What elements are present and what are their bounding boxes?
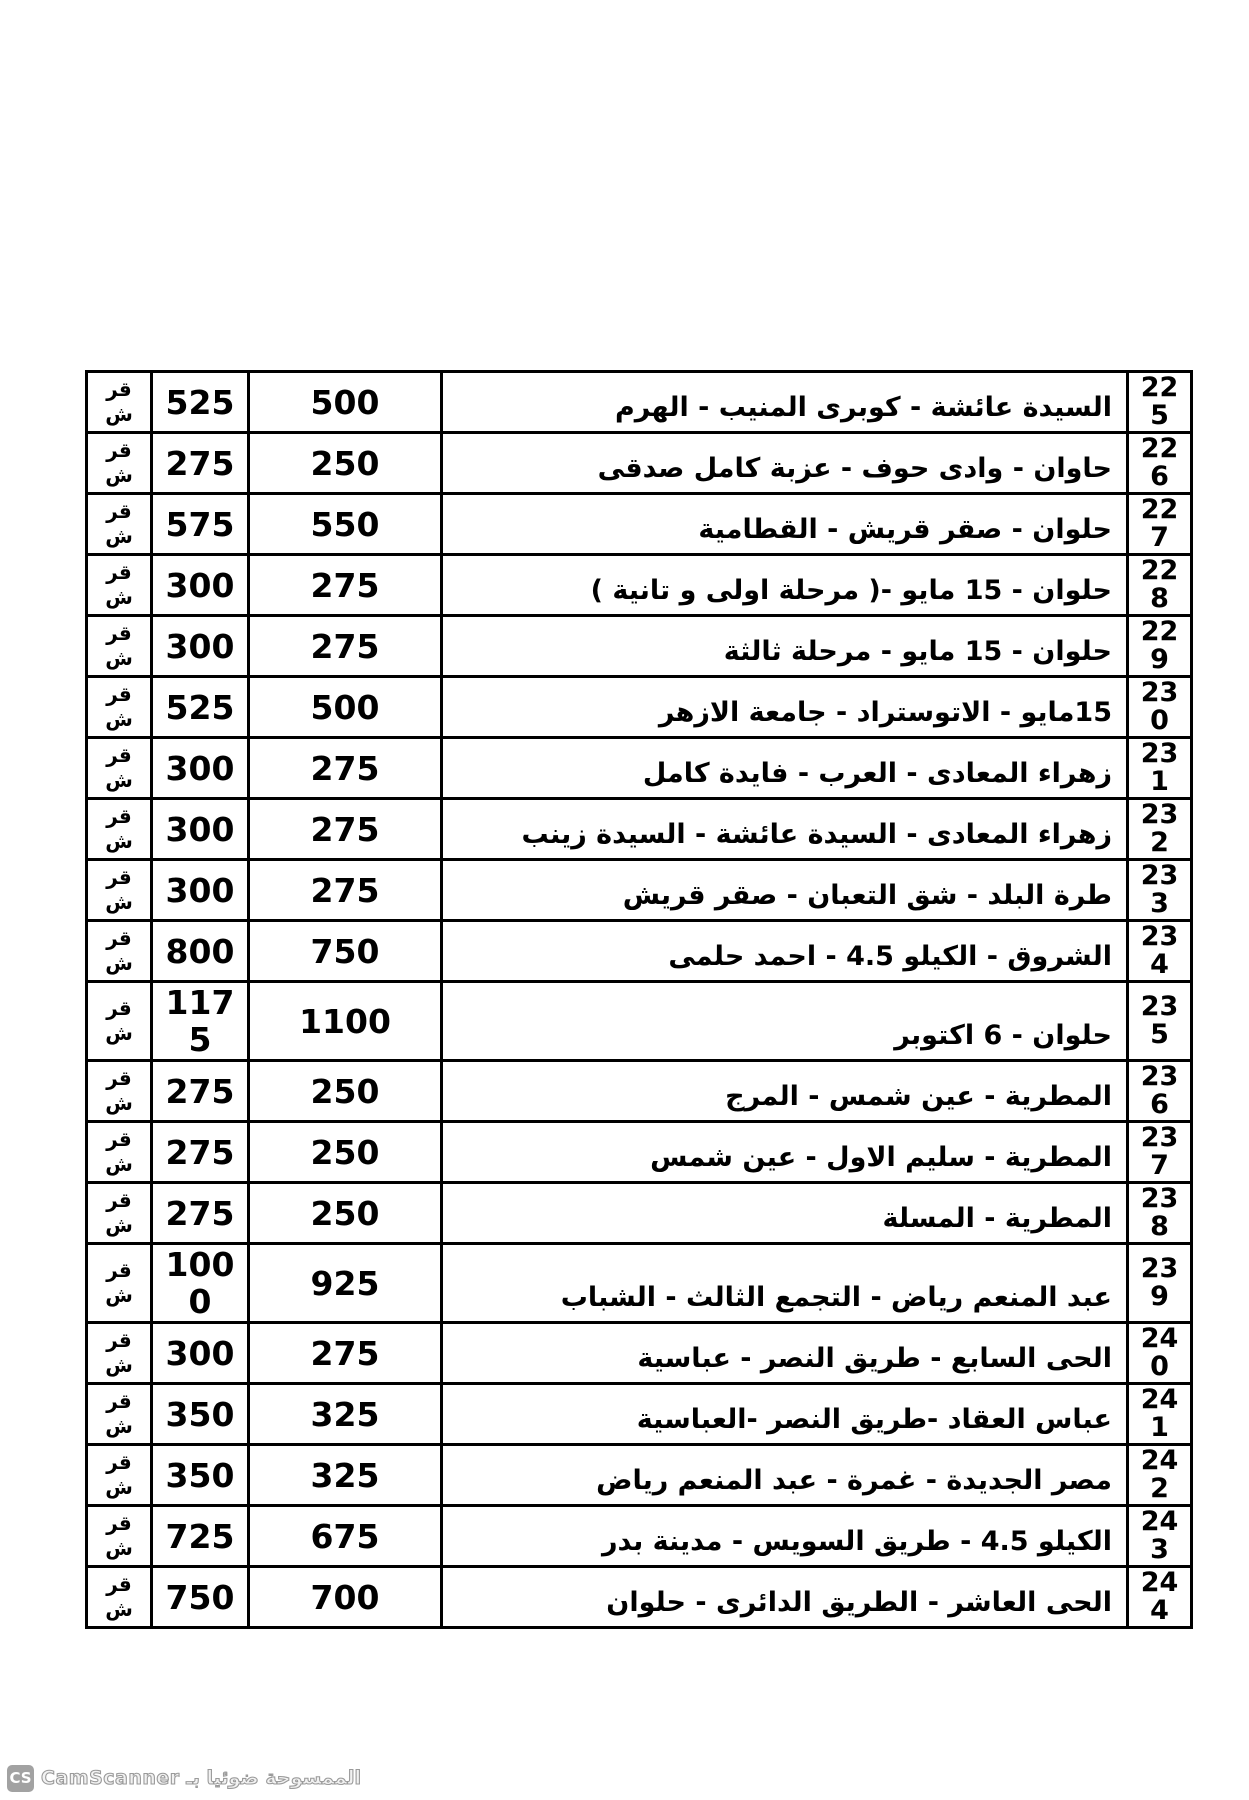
row-number-cell: 22 6 — [1128, 433, 1192, 494]
fare-table-row: 23 2 زهراء المعادى - السيدة عائشة - السي… — [87, 799, 1192, 860]
fare-table-row: 23 0 15مايو - الاتوستراد - جامعة الازهر … — [87, 677, 1192, 738]
row-number-cell: 23 1 — [1128, 738, 1192, 799]
fare-old-cell: 925 — [249, 1244, 442, 1323]
unit-cell: قر ش — [87, 1323, 152, 1384]
fare-new-cell: 350 — [152, 1445, 249, 1506]
route-cell: الكيلو 4.5 - طريق السويس - مدينة بدر — [442, 1506, 1128, 1567]
route-cell: حاوان - وادى حوف - عزبة كامل صدقى — [442, 433, 1128, 494]
unit-cell: قر ش — [87, 555, 152, 616]
unit-cell: قر ش — [87, 677, 152, 738]
row-number-cell: 22 7 — [1128, 494, 1192, 555]
row-number-cell: 24 1 — [1128, 1384, 1192, 1445]
fare-new-cell: 300 — [152, 860, 249, 921]
fare-old-cell: 275 — [249, 799, 442, 860]
fare-old-cell: 250 — [249, 1183, 442, 1244]
route-cell: المطرية - عين شمس - المرج — [442, 1061, 1128, 1122]
unit-cell: قر ش — [87, 1567, 152, 1628]
fare-new-cell: 300 — [152, 799, 249, 860]
row-number-cell: 23 2 — [1128, 799, 1192, 860]
unit-cell: قر ش — [87, 1384, 152, 1445]
fare-table-row: 23 3 طرة البلد - شق التعبان - صقر قريش 2… — [87, 860, 1192, 921]
fare-table-row: 23 1 زهراء المعادى - العرب - فايدة كامل … — [87, 738, 1192, 799]
fare-new-cell: 300 — [152, 616, 249, 677]
route-cell: عباس العقاد -طريق النصر -العباسية — [442, 1384, 1128, 1445]
fare-table-row: 22 5 السيدة عائشة - كوبرى المنيب - الهرم… — [87, 372, 1192, 433]
unit-cell: قر ش — [87, 860, 152, 921]
unit-cell: قر ش — [87, 799, 152, 860]
row-number-cell: 22 8 — [1128, 555, 1192, 616]
fare-new-cell: 275 — [152, 1122, 249, 1183]
fare-old-cell: 275 — [249, 860, 442, 921]
fare-old-cell: 325 — [249, 1384, 442, 1445]
fare-new-cell: 575 — [152, 494, 249, 555]
fare-old-cell: 275 — [249, 1323, 442, 1384]
unit-cell: قر ش — [87, 921, 152, 982]
row-number-cell: 23 0 — [1128, 677, 1192, 738]
route-cell: الحى السابع - طريق النصر - عباسية — [442, 1323, 1128, 1384]
route-cell: حلوان - 15 مايو -( مرحلة اولى و تانية ) — [442, 555, 1128, 616]
fare-old-cell: 250 — [249, 1061, 442, 1122]
document-page: 22 5 السيدة عائشة - كوبرى المنيب - الهرم… — [0, 0, 1249, 1800]
camscanner-logo-icon: CS — [7, 1765, 34, 1792]
fare-table-row: 23 6 المطرية - عين شمس - المرج 250 275 ق… — [87, 1061, 1192, 1122]
fare-table-row: 23 8 المطرية - المسلة 250 275 قر ش — [87, 1183, 1192, 1244]
fare-old-cell: 275 — [249, 738, 442, 799]
fare-new-cell: 725 — [152, 1506, 249, 1567]
route-cell: 15مايو - الاتوستراد - جامعة الازهر — [442, 677, 1128, 738]
fare-new-cell: 525 — [152, 677, 249, 738]
unit-cell: قر ش — [87, 1244, 152, 1323]
fare-old-cell: 550 — [249, 494, 442, 555]
row-number-cell: 24 3 — [1128, 1506, 1192, 1567]
row-number-cell: 23 7 — [1128, 1122, 1192, 1183]
row-number-cell: 23 5 — [1128, 982, 1192, 1061]
fare-table-row: 24 1 عباس العقاد -طريق النصر -العباسية 3… — [87, 1384, 1192, 1445]
unit-cell: قر ش — [87, 738, 152, 799]
unit-cell: قر ش — [87, 1506, 152, 1567]
fare-old-cell: 250 — [249, 433, 442, 494]
fare-table-row: 22 6 حاوان - وادى حوف - عزبة كامل صدقى 2… — [87, 433, 1192, 494]
unit-cell: قر ش — [87, 1183, 152, 1244]
unit-cell: قر ش — [87, 1445, 152, 1506]
fare-old-cell: 325 — [249, 1445, 442, 1506]
route-cell: المطرية - سليم الاول - عين شمس — [442, 1122, 1128, 1183]
fare-new-cell: 100 0 — [152, 1244, 249, 1323]
camscanner-watermark-text: الممسوحة ضوئيا بـ CamScanner — [41, 1767, 361, 1789]
row-number-cell: 23 8 — [1128, 1183, 1192, 1244]
route-cell: الشروق - الكيلو 4.5 - احمد حلمى — [442, 921, 1128, 982]
route-cell: مصر الجديدة - غمرة - عبد المنعم رياض — [442, 1445, 1128, 1506]
unit-cell: قر ش — [87, 372, 152, 433]
fare-table-row: 23 4 الشروق - الكيلو 4.5 - احمد حلمى 750… — [87, 921, 1192, 982]
fare-new-cell: 275 — [152, 1183, 249, 1244]
fare-old-cell: 500 — [249, 677, 442, 738]
fare-table-row: 24 3 الكيلو 4.5 - طريق السويس - مدينة بد… — [87, 1506, 1192, 1567]
row-number-cell: 22 9 — [1128, 616, 1192, 677]
fare-table-body: 22 5 السيدة عائشة - كوبرى المنيب - الهرم… — [87, 372, 1192, 1628]
route-cell: حلوان - 15 مايو - مرحلة ثالثة — [442, 616, 1128, 677]
fare-new-cell: 350 — [152, 1384, 249, 1445]
fare-old-cell: 500 — [249, 372, 442, 433]
fare-old-cell: 250 — [249, 1122, 442, 1183]
fare-table-row: 22 7 حلوان - صقر قريش - القطامية 550 575… — [87, 494, 1192, 555]
unit-cell: قر ش — [87, 1061, 152, 1122]
route-cell: المطرية - المسلة — [442, 1183, 1128, 1244]
camscanner-footer: CS الممسوحة ضوئيا بـ CamScanner — [7, 1763, 361, 1793]
fare-table-row: 24 4 الحى العاشر - الطريق الدائرى - حلوا… — [87, 1567, 1192, 1628]
fare-new-cell: 300 — [152, 555, 249, 616]
row-number-cell: 24 0 — [1128, 1323, 1192, 1384]
route-cell: زهراء المعادى - العرب - فايدة كامل — [442, 738, 1128, 799]
fare-new-cell: 800 — [152, 921, 249, 982]
unit-cell: قر ش — [87, 982, 152, 1061]
fare-new-cell: 275 — [152, 433, 249, 494]
fare-old-cell: 750 — [249, 921, 442, 982]
row-number-cell: 23 3 — [1128, 860, 1192, 921]
fare-new-cell: 300 — [152, 1323, 249, 1384]
row-number-cell: 22 5 — [1128, 372, 1192, 433]
fare-table-row: 24 2 مصر الجديدة - غمرة - عبد المنعم ريا… — [87, 1445, 1192, 1506]
fare-table-row: 22 9 حلوان - 15 مايو - مرحلة ثالثة 275 3… — [87, 616, 1192, 677]
route-cell: حلوان - صقر قريش - القطامية — [442, 494, 1128, 555]
route-cell: حلوان - 6 اكتوبر — [442, 982, 1128, 1061]
fare-new-cell: 117 5 — [152, 982, 249, 1061]
route-cell: عبد المنعم رياض - التجمع الثالث - الشباب — [442, 1244, 1128, 1323]
route-cell: السيدة عائشة - كوبرى المنيب - الهرم — [442, 372, 1128, 433]
fare-new-cell: 275 — [152, 1061, 249, 1122]
row-number-cell: 24 4 — [1128, 1567, 1192, 1628]
row-number-cell: 23 6 — [1128, 1061, 1192, 1122]
unit-cell: قر ش — [87, 1122, 152, 1183]
unit-cell: قر ش — [87, 433, 152, 494]
route-cell: زهراء المعادى - السيدة عائشة - السيدة زي… — [442, 799, 1128, 860]
fare-table-row: 22 8 حلوان - 15 مايو -( مرحلة اولى و تان… — [87, 555, 1192, 616]
fare-table-row: 23 5 حلوان - 6 اكتوبر 1100 117 5 قر ش — [87, 982, 1192, 1061]
fare-table: 22 5 السيدة عائشة - كوبرى المنيب - الهرم… — [85, 370, 1193, 1629]
route-cell: طرة البلد - شق التعبان - صقر قريش — [442, 860, 1128, 921]
row-number-cell: 23 4 — [1128, 921, 1192, 982]
fare-new-cell: 750 — [152, 1567, 249, 1628]
fare-new-cell: 525 — [152, 372, 249, 433]
fare-new-cell: 300 — [152, 738, 249, 799]
fare-table-row: 23 9 عبد المنعم رياض - التجمع الثالث - ا… — [87, 1244, 1192, 1323]
fare-old-cell: 275 — [249, 555, 442, 616]
fare-old-cell: 1100 — [249, 982, 442, 1061]
route-cell: الحى العاشر - الطريق الدائرى - حلوان — [442, 1567, 1128, 1628]
fare-old-cell: 275 — [249, 616, 442, 677]
row-number-cell: 23 9 — [1128, 1244, 1192, 1323]
fare-table-row: 23 7 المطرية - سليم الاول - عين شمس 250 … — [87, 1122, 1192, 1183]
unit-cell: قر ش — [87, 616, 152, 677]
fare-old-cell: 675 — [249, 1506, 442, 1567]
row-number-cell: 24 2 — [1128, 1445, 1192, 1506]
fare-table-row: 24 0 الحى السابع - طريق النصر - عباسية 2… — [87, 1323, 1192, 1384]
unit-cell: قر ش — [87, 494, 152, 555]
fare-old-cell: 700 — [249, 1567, 442, 1628]
